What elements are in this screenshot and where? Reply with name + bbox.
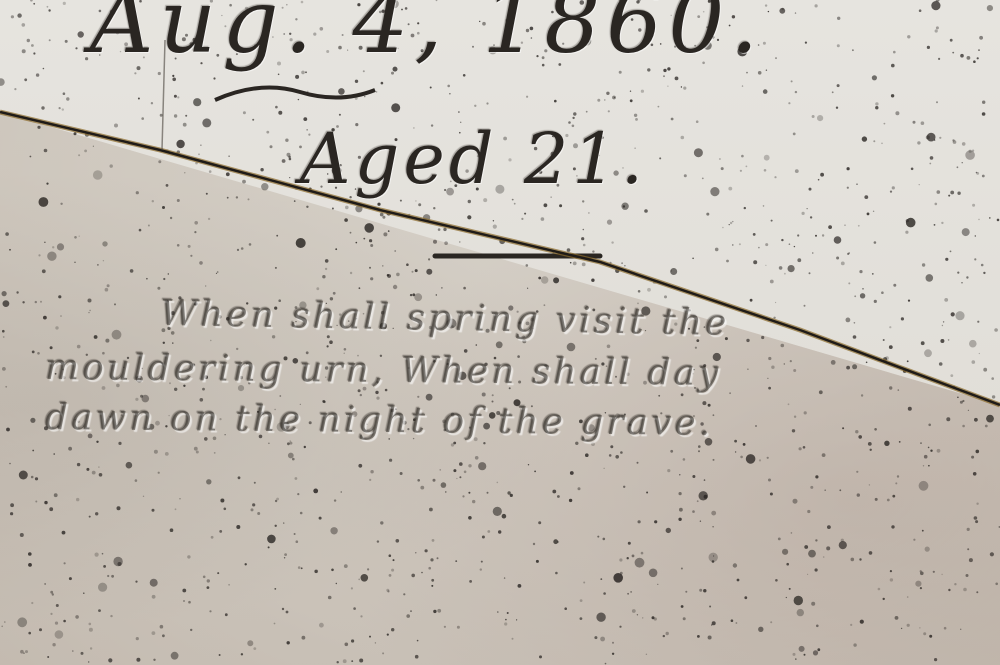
death-date: Aug. 4, 1860. — [90, 0, 764, 73]
epitaph-line-2: mouldering urn, When shall day — [45, 347, 722, 394]
gravestone-photo: Aug. 4, 1860. Aged 21. When shall spring… — [0, 0, 1000, 665]
age-line: Aged 21. — [300, 118, 647, 200]
epitaph-line-3: dawn on the night of the grave. — [45, 397, 713, 444]
